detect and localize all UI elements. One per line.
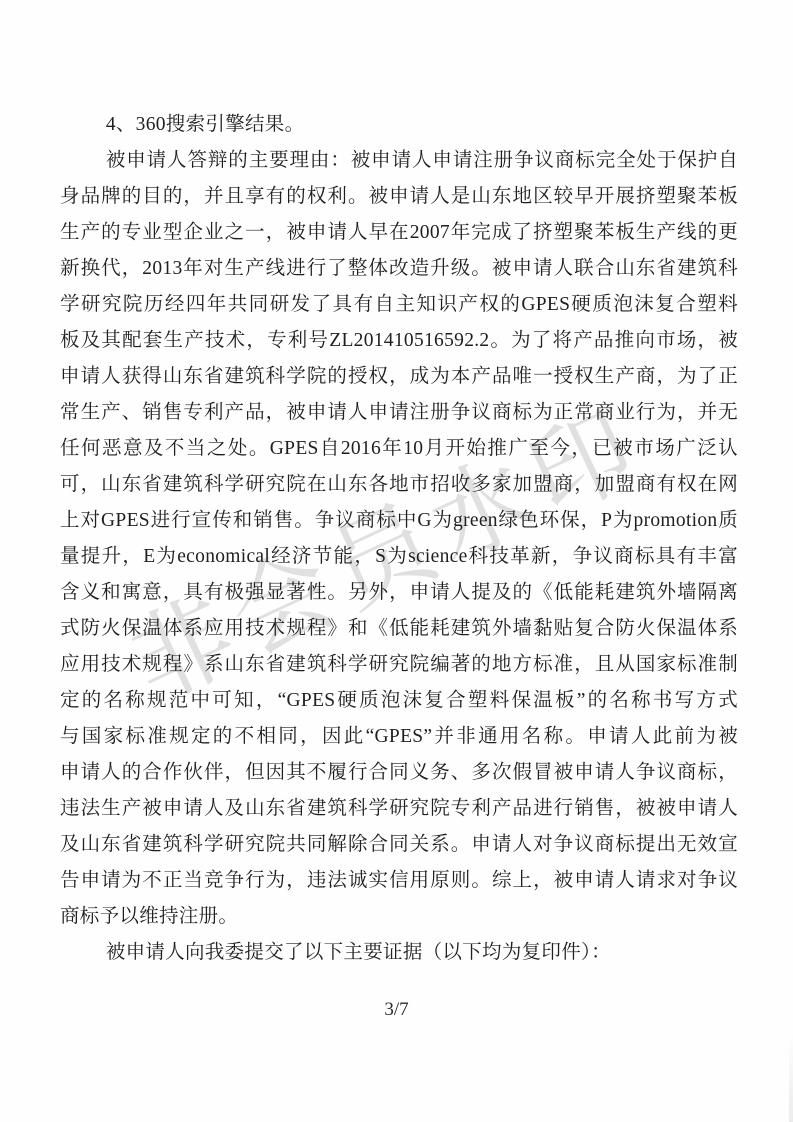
text-line: 被申请人答辩的主要理由：被申请人申请注册争议商标完全处于保护自: [60, 143, 738, 179]
scan-edge-artifact: [789, 1032, 793, 1122]
text-line: 新换代，2013年对生产线进行了整体改造升级。被申请人联合山东省建筑科: [60, 251, 738, 287]
text-line: 4、360搜索引擎结果。: [60, 107, 738, 143]
text-line: 量提升，E为economical经济节能，S为science科技革新，争议商标具…: [60, 539, 738, 575]
text-line: 及山东省建筑科学研究院共同解除合同关系。申请人对争议商标提出无效宣: [60, 827, 738, 863]
text-line: 申请人获得山东省建筑科学院的授权，成为本产品唯一授权生产商，为了正: [60, 359, 738, 395]
text-line: 身品牌的目的，并且享有的权利。被申请人是山东地区较早开展挤塑聚苯板: [60, 179, 738, 215]
text-line: 上对GPES进行宣传和销售。争议商标中G为green绿色环保，P为promoti…: [60, 503, 738, 539]
document-page: 非会员水印 4、360搜索引擎结果。被申请人答辩的主要理由：被申请人申请注册争议…: [0, 0, 793, 1122]
text-line: 告申请为不正当竞争行为，违法诚实信用原则。综上，被申请人请求对争议: [60, 863, 738, 899]
text-line: 任何恶意及不当之处。GPES自2016年10月开始推广至今，已被市场广泛认: [60, 431, 738, 467]
document-body: 4、360搜索引擎结果。被申请人答辩的主要理由：被申请人申请注册争议商标完全处于…: [60, 107, 738, 971]
text-line: 式防火保温体系应用技术规程》和《低能耗建筑外墙黏贴复合防火保温体系: [60, 611, 738, 647]
text-line: 商标予以维持注册。: [60, 899, 738, 935]
text-line: 定的名称规范中可知，“GPES硬质泡沫复合塑料保温板”的名称书写方式: [60, 683, 738, 719]
text-line: 被申请人向我委提交了以下主要证据（以下均为复印件）：: [60, 935, 738, 971]
page-number: 3/7: [0, 992, 793, 1028]
text-line: 申请人的合作伙伴，但因其不履行合同义务、多次假冒被申请人争议商标，: [60, 755, 738, 791]
text-line: 常生产、销售专利产品，被申请人申请注册争议商标为正常商业行为，并无: [60, 395, 738, 431]
text-line: 可，山东省建筑科学研究院在山东各地市招收多家加盟商，加盟商有权在网: [60, 467, 738, 503]
text-line: 学研究院历经四年共同研发了具有自主知识产权的GPES硬质泡沫复合塑料: [60, 287, 738, 323]
text-line: 板及其配套生产技术，专利号ZL201410516592.2。为了将产品推向市场，…: [60, 323, 738, 359]
text-line: 应用技术规程》系山东省建筑科学研究院编著的地方标准，且从国家标准制: [60, 647, 738, 683]
text-line: 与国家标准规定的不相同，因此“GPES”并非通用名称。申请人此前为被: [60, 719, 738, 755]
text-line: 生产的专业型企业之一，被申请人早在2007年完成了挤塑聚苯板生产线的更: [60, 215, 738, 251]
text-line: 含义和寓意，具有极强显著性。另外，申请人提及的《低能耗建筑外墙隔离: [60, 575, 738, 611]
text-line: 违法生产被申请人及山东省建筑科学研究院专利产品进行销售，被被申请人: [60, 791, 738, 827]
